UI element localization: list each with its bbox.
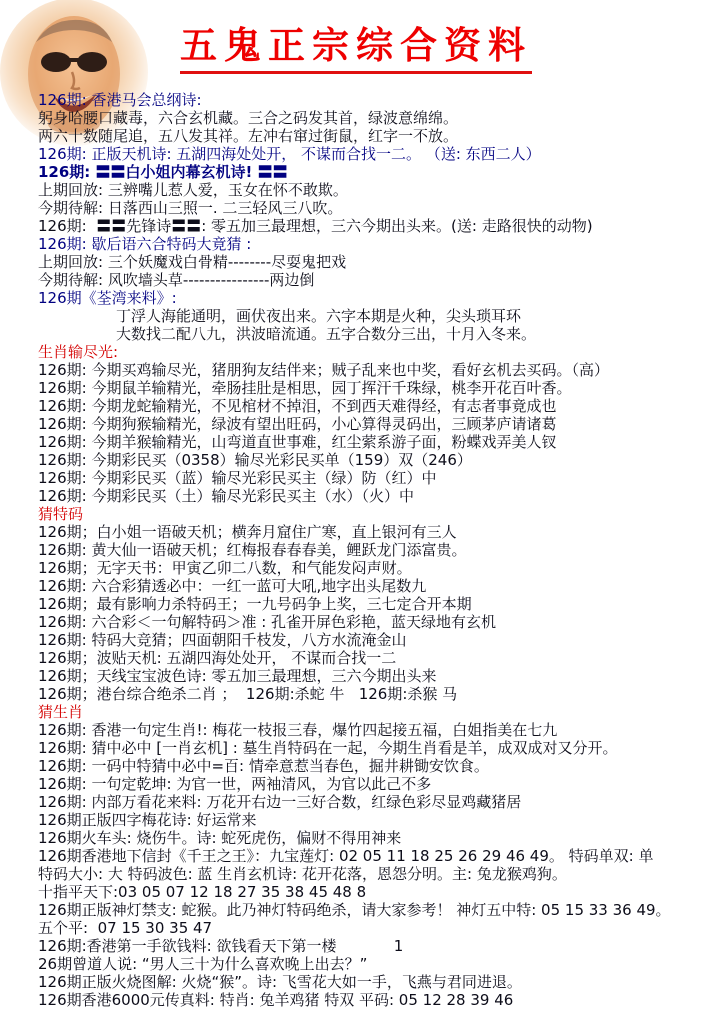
text-line: 26期曾道人说: “男人三十为什么喜欢晚上出去？” (38, 955, 715, 973)
text-line: 两六十数随尾追，五八发其祥。左冲右窜过街鼠，红字一不放。 (38, 127, 715, 145)
text-line: 126期正版四字梅花诗: 好运常来 (38, 811, 715, 829)
text-line: 126期: 今期鼠羊输精光，牵肠挂肚是相思，园丁挥汗千珠绿，桃李开花百叶香。 (38, 379, 715, 397)
text-line: 五个平: 07 15 30 35 47 (38, 919, 715, 937)
text-line: 今期待解: 风吹墙头草----------------两边倒 (38, 271, 715, 289)
text-line: 126期:香港第一手欲钱料: 欲钱看天下第一楼 1 (38, 937, 715, 955)
text-line: 126期正版神灯禁支: 蛇猴。此乃神灯特码绝杀，请大家参考！ 神灯五中特: 05… (38, 901, 715, 919)
text-line: 126期: 今期羊猴输精光，山弯道直世事难，红尘萦系游子面，粉蝶戏弄美人钗 (38, 433, 715, 451)
text-line: 126期香港地下信封《千王之王》：九宝莲灯: 02 05 11 18 25 26… (38, 847, 715, 865)
text-line: 126期香港6000元传真料: 特肖: 兔羊鸡猪 特双 平码: 05 12 28… (38, 991, 715, 1009)
text-line: 126期: 〓〓先锋诗〓〓: 零五加三最理想，三六今期出头来。(送: 走路很快的… (38, 217, 715, 235)
text-line: 126期《荃湾来料》: (38, 289, 715, 307)
text-line: 躬身哈腰口藏毒，六合玄机藏。三合之码发其首，绿波意绵绵。 (38, 109, 715, 127)
text-line: 126期；天线宝宝波色诗: 零五加三最理想，三六今期出头来 (38, 667, 715, 685)
text-line: 126期正版火烧图解: 火烧“猴”。诗: 飞雪花大如一手，飞燕与君同进退。 (38, 973, 715, 991)
text-line: 126期: 六合彩＜一句解特码＞准 : 孔雀开屏色彩艳，蓝天绿地有玄机 (38, 613, 715, 631)
text-line: 126期: 一句定乾坤: 为官一世，两袖清风，为官以此己不多 (38, 775, 715, 793)
text-line: 126期火车头: 烧伤牛。诗: 蛇死虎伤，偏财不得用神来 (38, 829, 715, 847)
page-title: 五鬼正宗综合资料 (180, 26, 532, 74)
text-line: 126期；港台综合绝杀二肖 ； 126期:杀蛇 牛 126期:杀猴 马 (38, 685, 715, 703)
text-line: 126期: 猜中必中 [一肖玄机] : 墓生肖特码在一起，今期生肖看是羊，成双成… (38, 739, 715, 757)
text-line: 126期: 〓〓白小姐内幕玄机诗! 〓〓 (38, 163, 715, 181)
text-line: 126期: 今期彩民买（蓝）输尽光彩民买主（绿）防（红）中 (38, 469, 715, 487)
text-line: 十指平天下:03 05 07 12 18 27 35 38 45 48 8 (38, 883, 715, 901)
text-line: 特码大小: 大 特码波色: 蓝 生肖玄机诗: 花开花落，恩怨分明。主: 兔龙猴鸡… (38, 865, 715, 883)
text-line: 126期: 今期彩民买（土）输尽光彩民买主（水）（火）中 (38, 487, 715, 505)
text-line: 126期: 歇后语六合特码大竟猜 : (38, 235, 715, 253)
text-line: 126期: 香港一句定生肖!: 梅花一枝报三春，爆竹四起接五福，白姐指美在七九 (38, 721, 715, 739)
text-line: 126期；无字天书：甲寅乙卯二八数，和气能发闷声财。 (38, 559, 715, 577)
text-line: 126期: 今期狗猴输精光，绿波有望出旺码，小心算得灵码出，三顾茅庐请诸葛 (38, 415, 715, 433)
text-line: 126期: 黄大仙一语破天机；红梅报春春春美，鲤跃龙门添富贵。 (38, 541, 715, 559)
text-line: 126期；白小姐一语破天机；横奔月窟住广寒，直上银河有三人 (38, 523, 715, 541)
text-line: 126期: 六合彩猜透必中：一红一蓝可大吼,地字出头尾数九 (38, 577, 715, 595)
text-line: 126期: 今期彩民买（0358）输尽光彩民买单（159）双（246） (38, 451, 715, 469)
text-line: 猜特码 (38, 505, 715, 523)
text-line: 126期: 今期龙蛇输精光，不见棺材不掉泪，不到西天难得经，有志者事竟成也 (38, 397, 715, 415)
text-line: 126期: 内部万看花来料: 万花开右边一三好合数，红绿色彩尽显鸡藏猪居 (38, 793, 715, 811)
lottery-info-page: 五鬼正宗综合资料 126期: 香港马会总纲诗:躬身哈腰口藏毒，六合玄机藏。三合之… (0, 0, 721, 1023)
text-line: 上期回放: 三个妖魔戏白骨精--------尽耍鬼把戏 (38, 253, 715, 271)
text-line: 今期待解: 日落西山三照一. 二三轻风三八吹。 (38, 199, 715, 217)
text-line: 丁浮人海能通明，画伏夜出来。六字本期是火种，尖头琐耳环 (38, 307, 715, 325)
text-line: 生肖输尽光: (38, 343, 715, 361)
text-line: 126期: 正版天机诗: 五湖四海处处开， 不谋而合找一二。 （送: 东西二人） (38, 145, 715, 163)
text-line: 126期: 香港马会总纲诗: (38, 91, 715, 109)
text-line: 126期；波贴天机: 五湖四海处处开， 不谋而合找一二 (38, 649, 715, 667)
text-line: 126期；最有影响力杀特码王；一九号码争上奖，三七定合开本期 (38, 595, 715, 613)
text-line: 大数找二配八九，洪波暗流通。五字合数分三出，十月入冬来。 (38, 325, 715, 343)
text-line: 上期回放: 三辨嘴儿惹人爱，玉女在怀不敢欺。 (38, 181, 715, 199)
text-line: 126期: 特码大竞猜；四面朝阳千枝发，八方水流淹金山 (38, 631, 715, 649)
text-line: 126期: 今期买鸡输尽光，猪朋狗友结伴来；贼子乱来也中奖，看好玄机去买码。（高… (38, 361, 715, 379)
content-lines: 126期: 香港马会总纲诗:躬身哈腰口藏毒，六合玄机藏。三合之码发其首，绿波意绵… (38, 91, 715, 1009)
text-line: 猜生肖 (38, 703, 715, 721)
text-line: 126期: 一码中特猜中必中=百: 情牵意惹当春色，掘井耕锄安饮食。 (38, 757, 715, 775)
